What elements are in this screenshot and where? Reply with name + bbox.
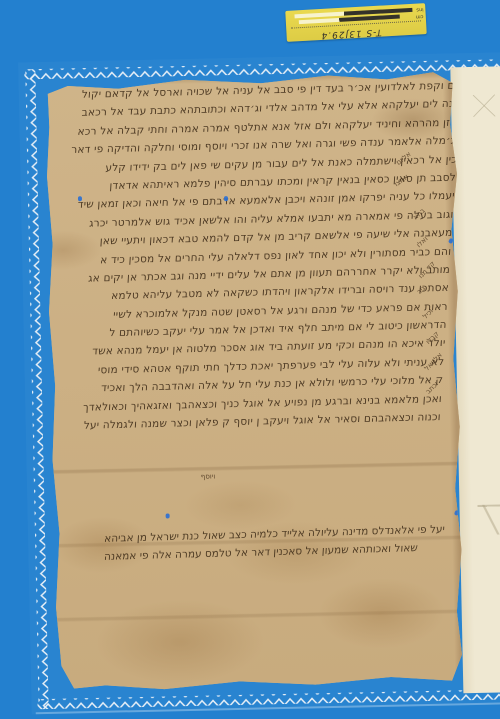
blue-ink-speck <box>224 196 228 201</box>
ruler-unit-label-cm: cm <box>416 13 424 18</box>
glass-plate: תם וקפת לאלדועין אכ׳ר בעד דין פי סבב אל … <box>18 52 500 714</box>
bottom-text-block: יעל פי אלאנדלס מדינה עליולה אלייד כלמיה … <box>71 520 445 566</box>
blue-ink-speck <box>166 513 170 518</box>
main-text-block: תם וקפת לאלדועין אכ׳ר בעד דין פי סבב אל … <box>43 76 462 436</box>
ruler-unit-label-ins: ins <box>416 6 423 11</box>
manuscript-fragment: תם וקפת לאלדועין אכ׳ר בעד דין פי סבב אל … <box>42 69 475 694</box>
interlinear-gloss: ויוסף <box>201 472 216 480</box>
scale-ruler: T-S 13J29.4 ins cm <box>285 3 427 42</box>
blue-ink-speck <box>78 196 82 201</box>
photograph-of-genizah-fragment: T-S 13J29.4 ins cm <box>0 0 500 719</box>
backing-fold-mark <box>477 504 500 535</box>
backing-crease-mark <box>473 94 495 116</box>
